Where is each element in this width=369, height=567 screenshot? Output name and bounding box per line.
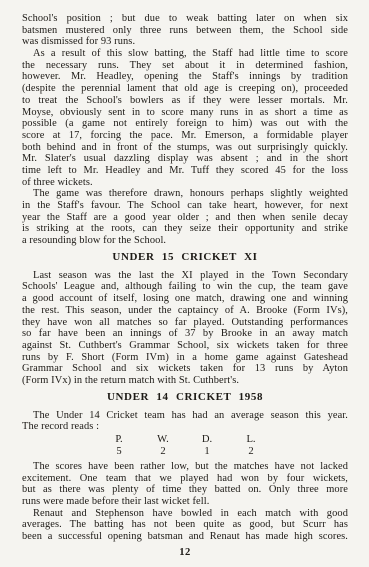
record-table-row: P.W.D.L. [97, 434, 273, 446]
paragraph: Last season was the last the XI played i… [22, 270, 348, 387]
text-line: a resounding blow for the School. [22, 235, 348, 247]
paragraph: The scores have been rather low, but the… [22, 461, 348, 508]
text-line: (Form IVx) in the return match with St. … [22, 375, 348, 387]
text-line: year the Staff are a good year older ; a… [22, 212, 348, 224]
text-line: is striking at the roots, can they seize… [22, 223, 348, 235]
text-line: score at 17, forcing the pace. Mr. Emers… [22, 130, 348, 142]
page-number: 12 [22, 547, 348, 558]
record-table: P.W.D.L.5212 [22, 434, 348, 458]
text-line: batsmen mustered only three runs between… [22, 25, 348, 37]
text-line: The record reads : [22, 421, 348, 433]
text-line: The Under 14 Cricket team has had an ave… [22, 410, 348, 422]
text-line: Renaut and Stephenson have bowled in eac… [22, 508, 348, 520]
record-header-cell: W. [141, 434, 185, 446]
text-line: Moyse, obviously sent in to score many r… [22, 107, 348, 119]
paragraph: The Under 14 Cricket team has had an ave… [22, 410, 348, 433]
text-line: so far have been an innings of 37 by Bro… [22, 328, 348, 340]
text-line: both behind and in front of the stumps, … [22, 142, 348, 154]
text-line: possible (a game not entirely foreign to… [22, 118, 348, 130]
text-line: Mr. Slater's usual dazzling display was … [22, 153, 348, 165]
record-value-cell: 5 [97, 446, 141, 458]
text-line: been a successful opening batsman and Re… [22, 531, 348, 543]
record-header-cell: P. [97, 434, 141, 446]
text-line: averages. The batting has not been quite… [22, 519, 348, 531]
record-value-cell: 2 [229, 446, 273, 458]
text-line: The scores have been rather low, but the… [22, 461, 348, 473]
text-line: Grammar School and six wickets taken for… [22, 363, 348, 375]
text-line: was dismissed for 93 runs. [22, 36, 348, 48]
text-line: runs were made before their last wicket … [22, 496, 348, 508]
text-line: the necessary runs. They set about it in… [22, 60, 348, 72]
text-line: Last season was the last the XI played i… [22, 270, 348, 282]
text-line: against St. Cuthbert's Grammar School, s… [22, 340, 348, 352]
text-line: to treat the School's bowlers as if they… [22, 95, 348, 107]
paragraph: As a result of this slow batting, the St… [22, 48, 348, 188]
record-value-cell: 2 [141, 446, 185, 458]
paragraph: Renaut and Stephenson have bowled in eac… [22, 508, 348, 543]
section-heading: UNDER 14 CRICKET 1958 [22, 391, 348, 404]
text-line: but as there was plenty of time they bat… [22, 484, 348, 496]
text-line: a good account of itself, losing one mat… [22, 293, 348, 305]
record-table-row: 5212 [97, 446, 273, 458]
section-heading: UNDER 15 CRICKET XI [22, 251, 348, 264]
record-header-cell: D. [185, 434, 229, 446]
scanned-page: School's position ; but due to weak batt… [0, 0, 369, 567]
record-header-cell: L. [229, 434, 273, 446]
text-line: time left to Mr. Headley and Mr. Tuff th… [22, 165, 348, 177]
text-line: excitement. One team that we played had … [22, 473, 348, 485]
text-line: As a result of this slow batting, the St… [22, 48, 348, 60]
text-line: the rest. This season, under the captain… [22, 305, 348, 317]
page-content: School's position ; but due to weak batt… [22, 13, 348, 543]
text-line: however. Mr. Headley, opening the Staff'… [22, 71, 348, 83]
text-line: they have won all matches so far played.… [22, 317, 348, 329]
text-line: in the Staff's favour. The School can ta… [22, 200, 348, 212]
record-value-cell: 1 [185, 446, 229, 458]
text-line: (despite the perennial lament that old a… [22, 83, 348, 95]
paragraph: School's position ; but due to weak batt… [22, 13, 348, 48]
text-line: The game was therefore drawn, honours pe… [22, 188, 348, 200]
text-line: School's position ; but due to weak batt… [22, 13, 348, 25]
text-line: of three wickets. [22, 177, 348, 189]
text-line: runs by F. Short (Form IVm) in a home ga… [22, 352, 348, 364]
paragraph: The game was therefore drawn, honours pe… [22, 188, 348, 246]
text-line: Schools' League and, although failing to… [22, 281, 348, 293]
